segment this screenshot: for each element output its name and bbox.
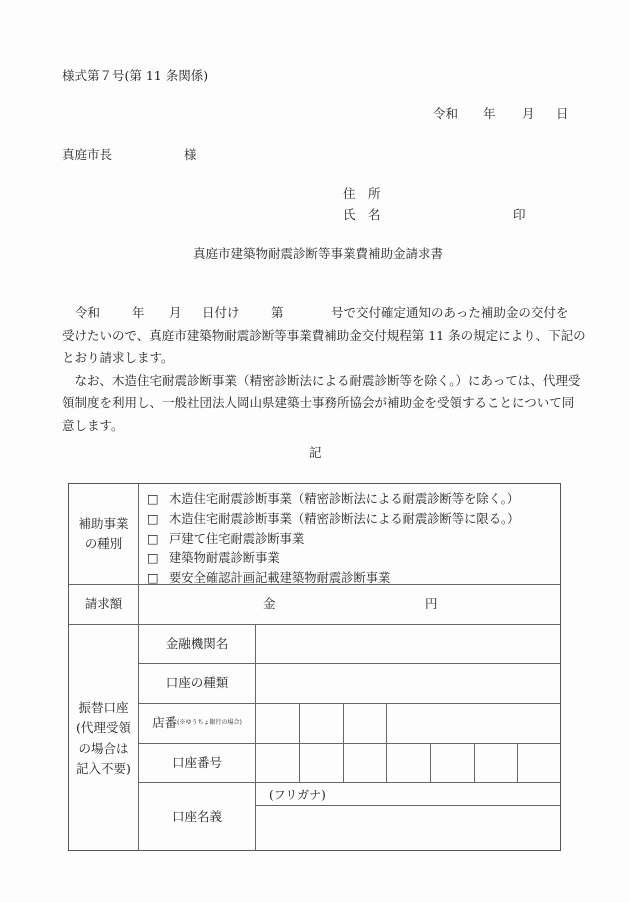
date-year: 年 [483, 108, 496, 121]
seal-mark: 印 [513, 209, 526, 222]
branch-digit-1[interactable] [256, 703, 299, 743]
ki-heading: 記 [309, 447, 322, 460]
option-label: 戸建て住宅耐震診断事業 [169, 532, 304, 546]
project-type-label-line2: の種別 [85, 534, 123, 554]
body-line-1: 令和 年 月 日付け 第 号で交付確定通知のあった補助金の交付を [62, 302, 572, 325]
account-number-label: 口座番号 [139, 743, 255, 782]
amount-suffix: 円 [425, 598, 438, 611]
addressee-name: 真庭市長 [62, 149, 112, 162]
body-day: 日付け [202, 302, 240, 325]
branch-digit-3[interactable] [344, 703, 386, 743]
branch-label-text: 店番 [152, 713, 177, 733]
account-label-line1: 振替口座 [78, 698, 128, 719]
checkbox-icon[interactable]: □ [147, 532, 169, 546]
body-line-4: なお、木造住宅耐震診断事業（精密診断法による耐震診断等を除く。）にあっては、代理… [62, 370, 572, 393]
branch-digit-2[interactable] [300, 703, 343, 743]
address-label: 住 所 [343, 188, 381, 201]
body-year: 年 [132, 302, 145, 325]
account-digit-3[interactable] [344, 743, 386, 782]
account-digit-7[interactable] [518, 743, 561, 782]
body-line-2: 受けたいので、真庭市建築物耐震診断等事業費補助金交付規程第 11 条の規定により… [62, 325, 572, 348]
option-label: 要安全確認計画記載建築物耐震診断事業 [169, 571, 390, 585]
checkbox-icon[interactable]: □ [147, 492, 169, 506]
branch-label: 店番(※ゆうちょ銀行の場合) [139, 703, 255, 743]
checkbox-icon[interactable]: □ [147, 571, 169, 585]
project-option-3[interactable]: □戸建て住宅耐震診断事業 [147, 529, 304, 547]
option-label: 木造住宅耐震診断事業（精密診断法による耐震診断等を除く。） [169, 492, 519, 506]
name-label: 氏 名 [343, 209, 381, 222]
date-era: 令和 [433, 108, 458, 121]
option-label: 木造住宅耐震診断事業（精密診断法による耐震診断等に限る。） [169, 512, 519, 526]
furigana-label: (フリガナ) [269, 789, 326, 801]
body-number-prefix: 第 [271, 302, 284, 325]
account-label-line2: (代理受領 [76, 718, 131, 739]
body-month: 月 [169, 302, 182, 325]
bank-name-label: 金融機関名 [139, 624, 255, 663]
account-type-label: 口座の種類 [139, 663, 255, 703]
date-month: 月 [522, 108, 535, 121]
document-title: 真庭市建築物耐震診断等事業費補助金請求書 [193, 248, 443, 261]
account-digit-2[interactable] [300, 743, 343, 782]
body-era: 令和 [75, 302, 100, 325]
project-type-label: 補助事業 の種別 [69, 484, 138, 584]
date-day: 日 [556, 108, 569, 121]
project-option-2[interactable]: □木造住宅耐震診断事業（精密診断法による耐震診断等に限る。） [147, 509, 519, 527]
form-number: 様式第７号(第 11 条関係) [62, 70, 208, 83]
checkbox-icon[interactable]: □ [147, 551, 169, 565]
account-label-line4: 記入不要) [76, 759, 131, 780]
project-option-1[interactable]: □木造住宅耐震診断事業（精密診断法による耐震診断等を除く。） [147, 489, 519, 507]
account-digit-4[interactable] [387, 743, 430, 782]
account-digit-6[interactable] [475, 743, 517, 782]
account-label-line3: の場合は [78, 739, 128, 760]
account-section-label: 振替口座 (代理受領 の場合は 記入不要) [69, 624, 138, 851]
project-type-label-line1: 補助事業 [78, 514, 128, 534]
request-table: 補助事業 の種別 □木造住宅耐震診断事業（精密診断法による耐震診断等を除く。） … [68, 483, 561, 851]
addressee-honorific: 様 [184, 149, 197, 162]
body-line1-rest: 号で交付確定通知のあった補助金の交付を [331, 302, 568, 325]
amount-prefix: 金 [263, 598, 276, 611]
body-line-3: とおり請求します。 [62, 347, 572, 370]
body-paragraph: 令和 年 月 日付け 第 号で交付確定通知のあった補助金の交付を 受けたいので、… [62, 302, 572, 437]
body-line-5: 領制度を利用し、一般社団法人岡山県建築士事務所協会が補助金を受領することについて… [62, 392, 572, 415]
amount-label: 請求額 [69, 584, 138, 624]
project-option-4[interactable]: □建築物耐震診断事業 [147, 548, 280, 566]
amount-field[interactable]: 金 円 [139, 584, 561, 624]
account-holder-label: 口座名義 [139, 782, 255, 851]
branch-note: (※ゆうちょ銀行の場合) [177, 713, 242, 733]
account-holder-field[interactable] [256, 806, 561, 851]
option-label: 建築物耐震診断事業 [169, 551, 280, 565]
body-line-6: 意します。 [62, 415, 572, 438]
checkbox-icon[interactable]: □ [147, 512, 169, 526]
account-digit-1[interactable] [256, 743, 299, 782]
account-type-field[interactable] [256, 663, 561, 703]
bank-name-field[interactable] [256, 624, 561, 663]
account-digit-5[interactable] [431, 743, 474, 782]
